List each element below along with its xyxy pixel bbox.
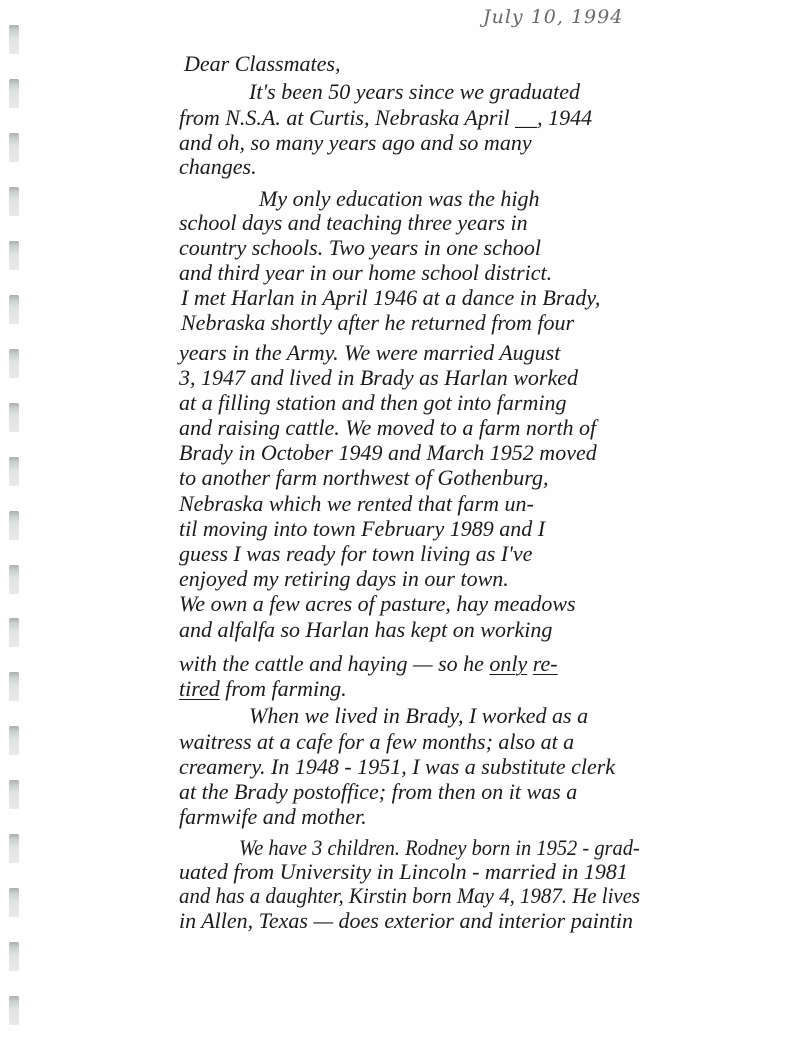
letter-line: at the Brady postoffice; from then on it… (179, 780, 577, 804)
letter-line: in Allen, Texas — does exterior and inte… (179, 909, 633, 933)
binder-hole (9, 457, 19, 486)
letter-line: We own a few acres of pasture, hay meado… (179, 592, 576, 616)
binder-hole (9, 511, 19, 540)
binder-hole (9, 834, 19, 863)
letter-line: enjoyed my retiring days in our town. (179, 567, 509, 591)
letter-line: uated from University in Lincoln - marri… (179, 860, 628, 884)
letter-line: and oh, so many years ago and so many (179, 131, 532, 155)
binder-hole (9, 187, 19, 216)
letter-line: I met Harlan in April 1946 at a dance in… (181, 286, 600, 310)
letter-line: country schools. Two years in one school (179, 236, 541, 260)
binder-holes (0, 0, 40, 1039)
letter-line: and has a daughter, Kirstin born May 4, … (179, 884, 640, 908)
letter-date: July 10, 1994 (483, 6, 623, 28)
binder-hole (9, 996, 19, 1025)
letter-line: farmwife and mother. (179, 805, 367, 829)
letter-line: Nebraska shortly after he returned from … (181, 311, 574, 335)
letter-line: Brady in October 1949 and March 1952 mov… (179, 441, 597, 465)
line-text: with the cattle and haying — so he (179, 651, 489, 676)
letter-line: We have 3 children. Rodney born in 1952 … (239, 836, 640, 860)
binder-hole (9, 672, 19, 701)
binder-hole (9, 618, 19, 647)
binder-hole (9, 349, 19, 378)
line-text: from farming. (220, 676, 347, 701)
letter-line: 3, 1947 and lived in Brady as Harlan wor… (179, 366, 578, 390)
letter-line: It's been 50 years since we graduated (249, 80, 580, 104)
letter-line: and raising cattle. We moved to a farm n… (179, 416, 596, 440)
letter-line: to another farm northwest of Gothenburg, (179, 466, 549, 490)
letter-line: years in the Army. We were married Augus… (179, 341, 560, 365)
underlined-word: re- (533, 651, 558, 676)
binder-hole (9, 25, 19, 54)
letter-line: til moving into town February 1989 and I (179, 517, 545, 541)
binder-hole (9, 133, 19, 162)
letter-line: Nebraska which we rented that farm un- (179, 492, 534, 516)
binder-hole (9, 79, 19, 108)
letter-line: and alfalfa so Harlan has kept on workin… (179, 618, 552, 642)
letter-line: and third year in our home school distri… (179, 261, 552, 285)
binder-hole (9, 726, 19, 755)
letter-line: waitress at a cafe for a few months; als… (179, 730, 574, 754)
binder-hole (9, 295, 19, 324)
underlined-word: only (489, 651, 527, 676)
letter-line: My only education was the high (259, 187, 539, 211)
letter-page: July 10, 1994 Dear Classmates, It's been… (0, 0, 800, 1039)
underlined-word: tired (179, 676, 220, 701)
binder-hole (9, 888, 19, 917)
binder-hole (9, 780, 19, 809)
letter-line: changes. (179, 155, 257, 179)
letter-line: at a filling station and then got into f… (179, 391, 566, 415)
letter-line: with the cattle and haying — so he only … (179, 652, 558, 676)
binder-hole (9, 565, 19, 594)
binder-hole (9, 942, 19, 971)
letter-line: tired from farming. (179, 677, 347, 701)
letter-line: When we lived in Brady, I worked as a (249, 704, 588, 728)
binder-hole (9, 241, 19, 270)
salutation: Dear Classmates, (184, 52, 340, 76)
letter-line: from N.S.A. at Curtis, Nebraska April __… (179, 106, 592, 130)
letter-line: creamery. In 1948 - 1951, I was a substi… (179, 755, 615, 779)
letter-line: guess I was ready for town living as I'v… (179, 542, 532, 566)
binder-hole (9, 403, 19, 432)
letter-line: school days and teaching three years in (179, 211, 528, 235)
